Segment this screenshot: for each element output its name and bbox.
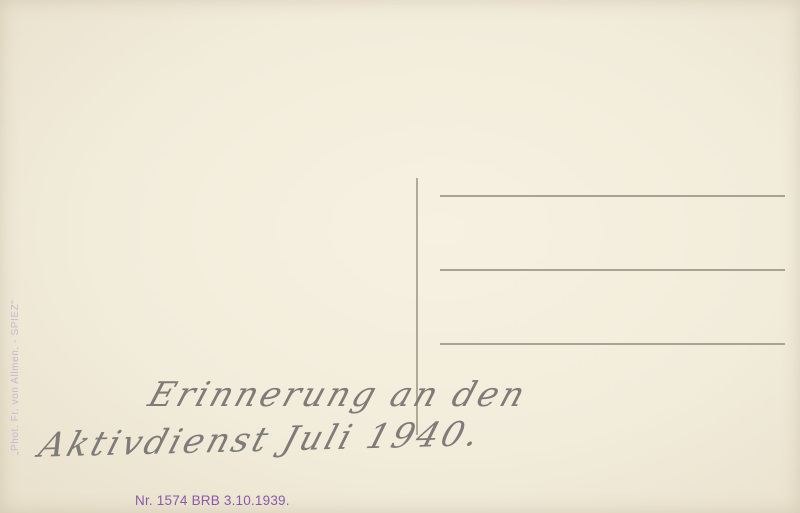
postcard-back: „Phot. Fr. von Allmen, - SPIEZ" Erinneru… — [0, 0, 800, 513]
censor-stamp: Nr. 1574 BRB 3.10.1939. — [135, 493, 290, 508]
photographer-credit: „Phot. Fr. von Allmen, - SPIEZ" — [10, 299, 21, 455]
address-line-2 — [440, 269, 785, 271]
handwritten-line-2: Aktivdienst Juli 1940. — [34, 414, 486, 465]
address-line-3 — [440, 343, 785, 345]
address-line-1 — [440, 195, 785, 197]
handwritten-line-1: Erinnerung an den — [144, 375, 533, 415]
